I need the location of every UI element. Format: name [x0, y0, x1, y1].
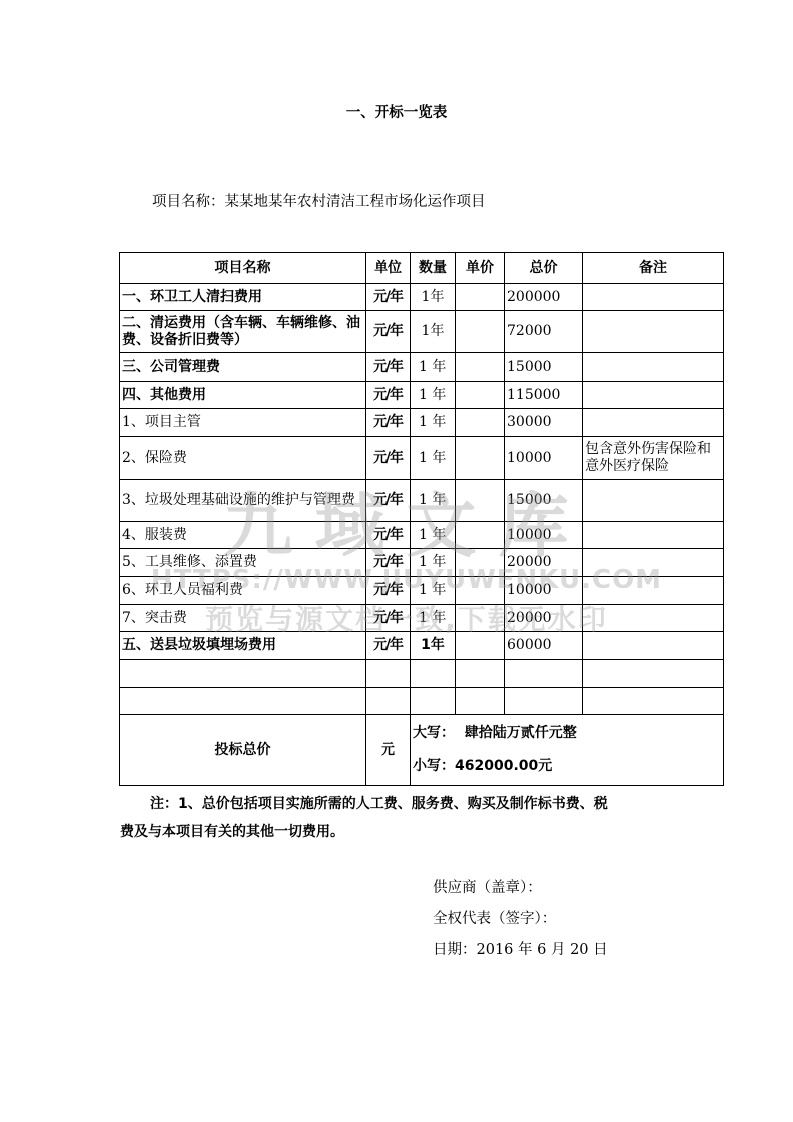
note-line-1: 注：1、总价包括项目实施所需的人工费、服务费、购买及制作标书费、税	[120, 790, 720, 818]
item-unit: 元/年	[366, 480, 411, 522]
item-name: 4、服装费	[120, 522, 366, 549]
table-row: 5、工具维修、添置费 元/年 1 年 20000	[120, 549, 724, 577]
item-remark	[583, 549, 724, 577]
supplier-seal-line: 供应商（盖章）：	[433, 876, 542, 897]
item-total: 72000	[505, 311, 583, 353]
table-row: 四、其他费用 元/年 1 年 115000	[120, 382, 724, 409]
item-quantity: 1年	[411, 632, 456, 660]
item-total: 15000	[505, 353, 583, 382]
table-row: 二、清运费用（含车辆、车辆维修、油费、设备折旧费等） 元/年 1年 72000	[120, 311, 724, 353]
item-total: 10000	[505, 577, 583, 605]
table-row: 三、公司管理费 元/年 1 年 15000	[120, 353, 724, 382]
item-total: 10000	[505, 437, 583, 480]
header-unit: 单位	[366, 253, 411, 284]
item-unit: 元/年	[366, 549, 411, 577]
item-quantity: 1 年	[411, 522, 456, 549]
item-unit-price	[456, 284, 505, 311]
item-total: 30000	[505, 409, 583, 437]
uppercase-value: 肆拾陆万贰仟元整	[465, 725, 577, 741]
item-unit-price	[456, 522, 505, 549]
item-quantity: 1 年	[411, 409, 456, 437]
document-title: 一、开标一览表	[0, 101, 793, 122]
item-unit: 元/年	[366, 311, 411, 353]
table-row: 6、环卫人员福利费 元/年 1 年 10000	[120, 577, 724, 605]
table-row: 7、突击费 元/年 1 年 20000	[120, 605, 724, 632]
item-remark	[583, 632, 724, 660]
empty-row	[120, 688, 724, 715]
item-remark	[583, 522, 724, 549]
note-line-2: 费及与本项目有关的其他一切费用。	[120, 818, 720, 846]
item-total: 200000	[505, 284, 583, 311]
item-name: 5、工具维修、添置费	[120, 549, 366, 577]
item-total: 20000	[505, 549, 583, 577]
table-row: 4、服装费 元/年 1 年 10000	[120, 522, 724, 549]
bid-total-unit: 元	[366, 715, 411, 786]
header-unit-price: 单价	[456, 253, 505, 284]
item-quantity: 1年	[411, 284, 456, 311]
item-unit: 元/年	[366, 605, 411, 632]
item-total: 10000	[505, 522, 583, 549]
amount-uppercase: 大写： 肆拾陆万贰仟元整	[413, 717, 721, 750]
item-name: 三、公司管理费	[120, 353, 366, 382]
header-total-price: 总价	[505, 253, 583, 284]
item-total: 20000	[505, 605, 583, 632]
item-unit-price	[456, 353, 505, 382]
item-name: 3、垃圾处理基础设施的维护与管理费	[120, 480, 366, 522]
item-remark	[583, 353, 724, 382]
date-line: 日期：2016 年 6 月 20 日	[433, 938, 608, 959]
item-remark	[583, 284, 724, 311]
item-name: 二、清运费用（含车辆、车辆维修、油费、设备折旧费等）	[120, 311, 366, 353]
item-quantity: 1年	[411, 311, 456, 353]
item-unit-price	[456, 311, 505, 353]
item-remark	[583, 577, 724, 605]
item-quantity: 1 年	[411, 437, 456, 480]
bid-summary-table: 项目名称 单位 数量 单价 总价 备注 一、环卫工人清扫费用 元/年 1年 20…	[119, 252, 724, 786]
item-name: 一、环卫工人清扫费用	[120, 284, 366, 311]
bid-total-label: 投标总价	[120, 715, 366, 786]
item-unit: 元/年	[366, 382, 411, 409]
item-remark	[583, 480, 724, 522]
item-remark	[583, 605, 724, 632]
item-unit-price	[456, 409, 505, 437]
item-remark	[583, 311, 724, 353]
representative-signature-line: 全权代表（签字）：	[433, 907, 556, 928]
item-unit: 元/年	[366, 284, 411, 311]
table-row: 1、项目主管 元/年 1 年 30000	[120, 409, 724, 437]
lowercase-value: 462000.00元	[455, 758, 552, 774]
item-remark: 包含意外伤害保险和意外医疗保险	[583, 437, 724, 480]
table-row: 五、送县垃圾填埋场费用 元/年 1年 60000	[120, 632, 724, 660]
project-name: 某某地某年农村清洁工程市场化运作项目	[225, 194, 486, 210]
table-header-row: 项目名称 单位 数量 单价 总价 备注	[120, 253, 724, 284]
item-name: 四、其他费用	[120, 382, 366, 409]
item-remark	[583, 409, 724, 437]
header-quantity: 数量	[411, 253, 456, 284]
item-unit: 元/年	[366, 353, 411, 382]
item-unit-price	[456, 480, 505, 522]
table-row: 一、环卫工人清扫费用 元/年 1年 200000	[120, 284, 724, 311]
item-unit: 元/年	[366, 409, 411, 437]
table-row: 3、垃圾处理基础设施的维护与管理费 元/年 1 年 15000	[120, 480, 724, 522]
project-label: 项目名称：	[152, 194, 225, 210]
item-total: 15000	[505, 480, 583, 522]
item-unit: 元/年	[366, 437, 411, 480]
item-unit-price	[456, 437, 505, 480]
item-unit-price	[456, 632, 505, 660]
item-total: 60000	[505, 632, 583, 660]
uppercase-label: 大写：	[413, 725, 455, 741]
item-unit: 元/年	[366, 522, 411, 549]
item-name: 7、突击费	[120, 605, 366, 632]
project-name-line: 项目名称：某某地某年农村清洁工程市场化运作项目	[152, 190, 486, 211]
header-remarks: 备注	[583, 253, 724, 284]
item-quantity: 1 年	[411, 353, 456, 382]
amount-lowercase: 小写：462000.00元	[413, 750, 721, 783]
table-row: 2、保险费 元/年 1 年 10000 包含意外伤害保险和意外医疗保险	[120, 437, 724, 480]
item-unit: 元/年	[366, 577, 411, 605]
item-unit: 元/年	[366, 632, 411, 660]
bid-total-amount: 大写： 肆拾陆万贰仟元整 小写：462000.00元	[411, 715, 724, 786]
item-name: 五、送县垃圾填埋场费用	[120, 632, 366, 660]
item-unit-price	[456, 549, 505, 577]
item-unit-price	[456, 577, 505, 605]
empty-row	[120, 660, 724, 688]
note-paragraph: 注：1、总价包括项目实施所需的人工费、服务费、购买及制作标书费、税 费及与本项目…	[120, 790, 720, 846]
item-unit-price	[456, 382, 505, 409]
item-name: 1、项目主管	[120, 409, 366, 437]
item-quantity: 1 年	[411, 605, 456, 632]
item-remark	[583, 382, 724, 409]
item-quantity: 1 年	[411, 480, 456, 522]
item-name: 6、环卫人员福利费	[120, 577, 366, 605]
lowercase-label: 小写：	[413, 758, 455, 774]
item-total: 115000	[505, 382, 583, 409]
bid-total-row: 投标总价 元 大写： 肆拾陆万贰仟元整 小写：462000.00元	[120, 715, 724, 786]
item-quantity: 1 年	[411, 382, 456, 409]
item-quantity: 1 年	[411, 549, 456, 577]
item-name: 2、保险费	[120, 437, 366, 480]
item-unit-price	[456, 605, 505, 632]
header-item-name: 项目名称	[120, 253, 366, 284]
item-quantity: 1 年	[411, 577, 456, 605]
